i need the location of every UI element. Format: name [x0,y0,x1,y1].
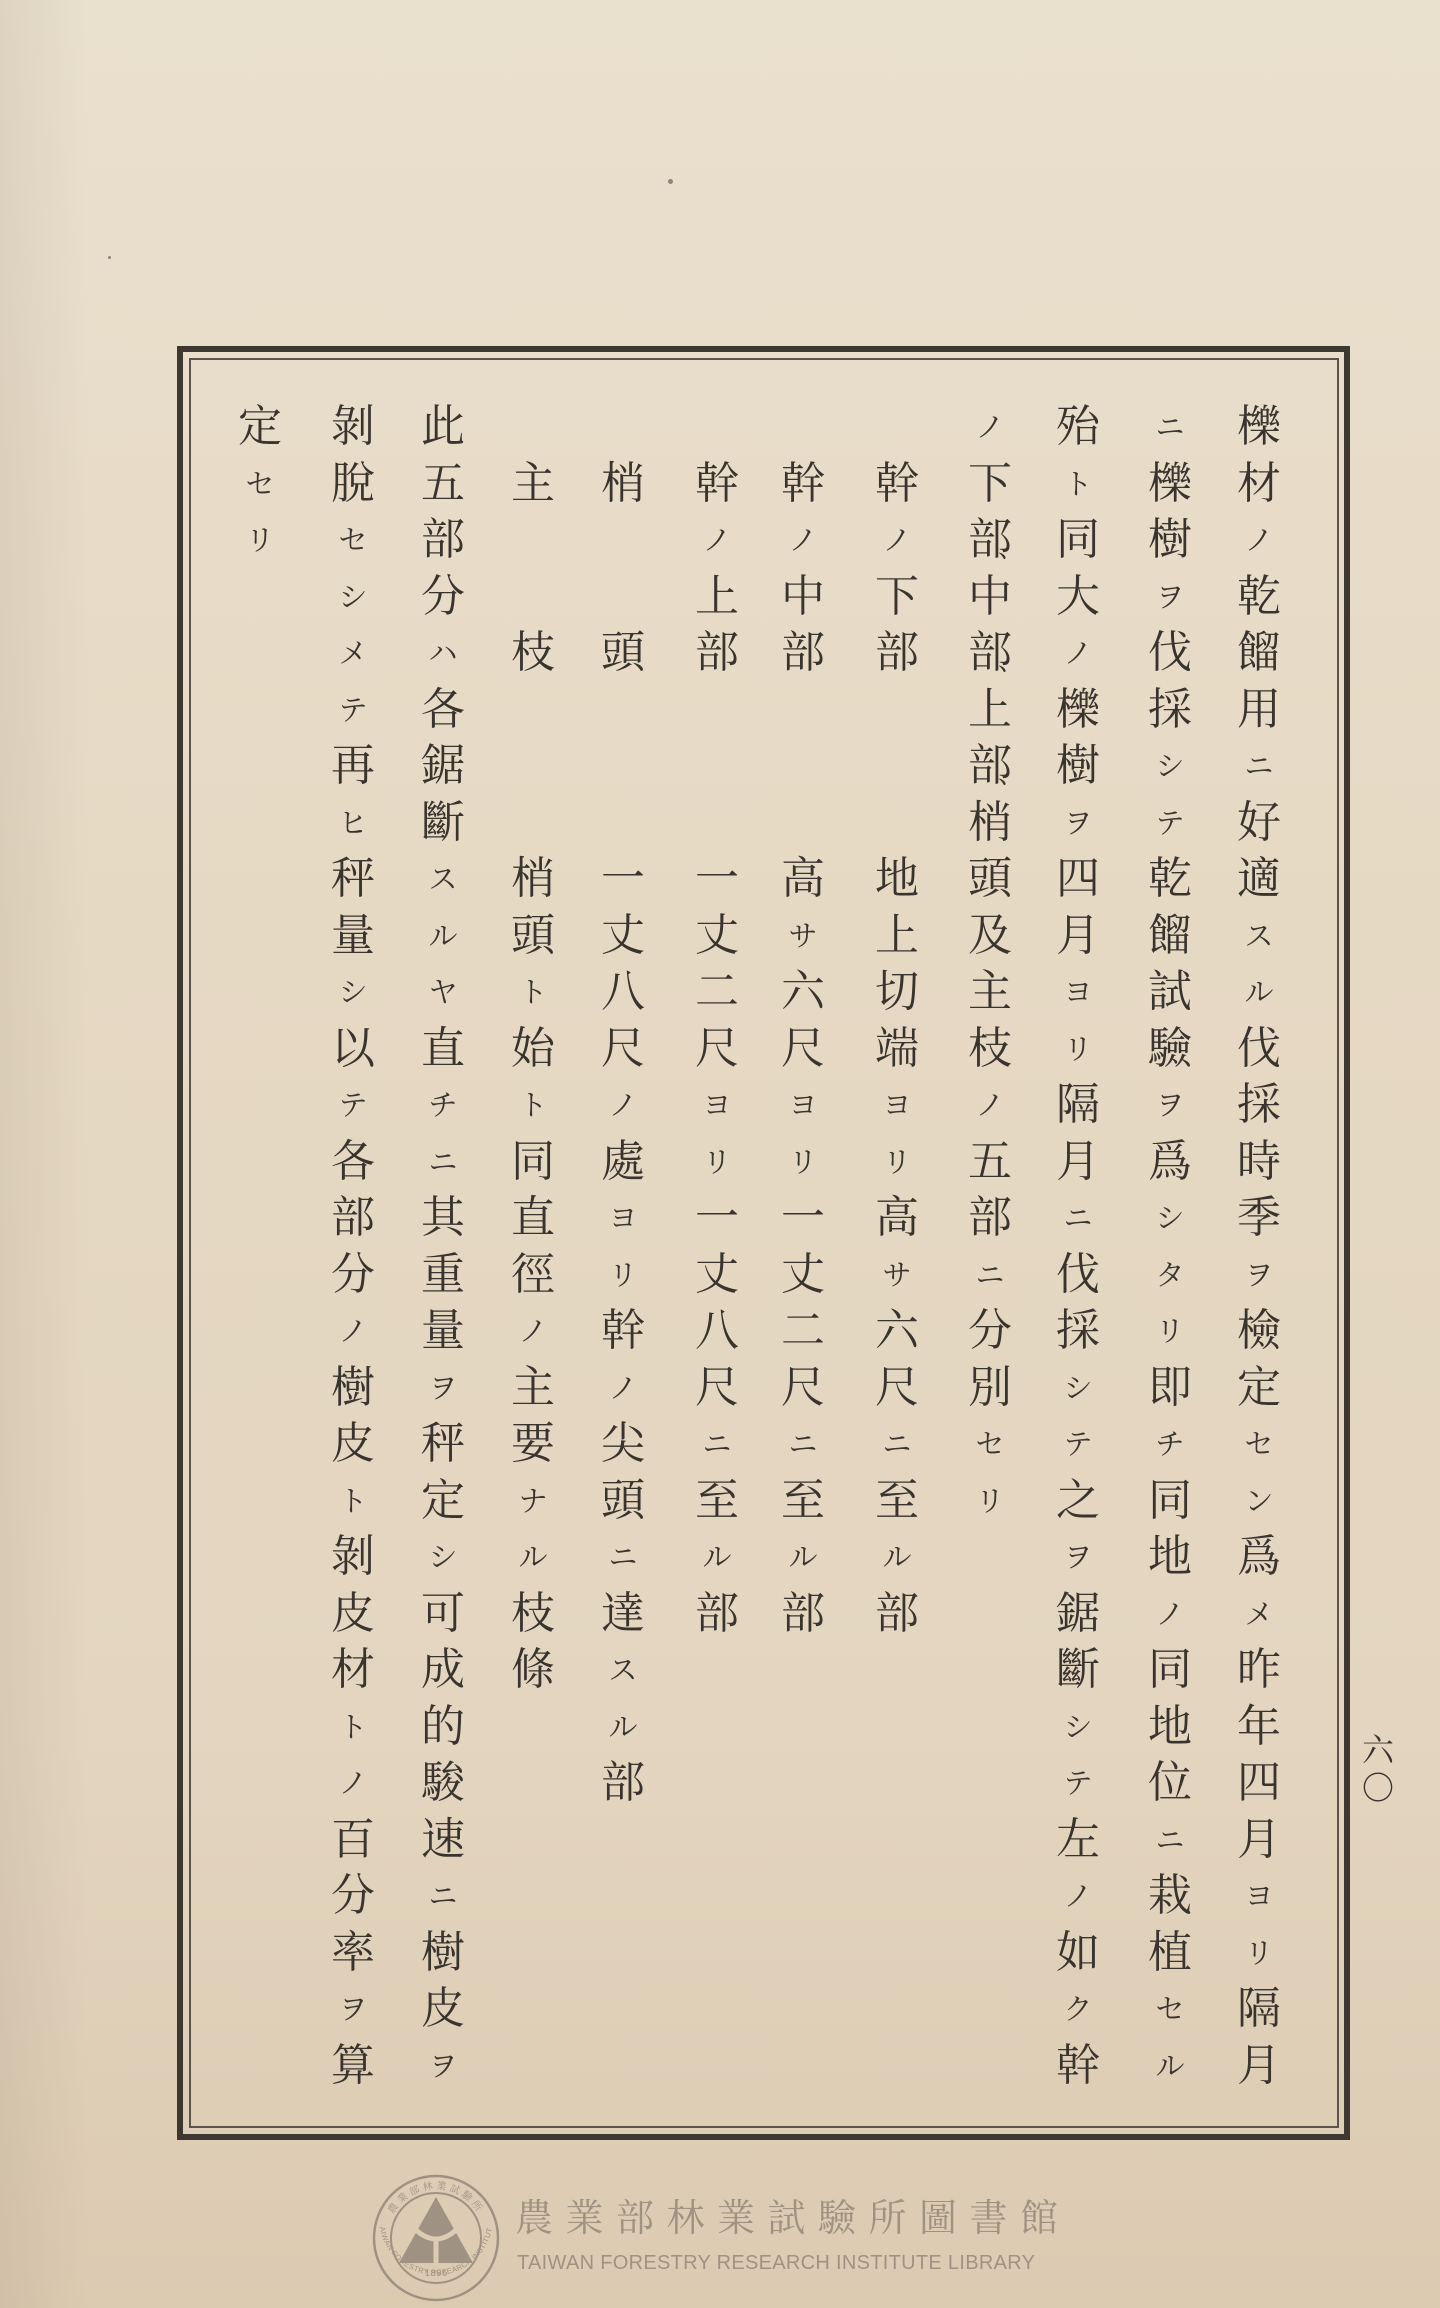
glyph: 至 [687,1473,747,1530]
glyph: 隔 [1048,1077,1108,1134]
glyph: 頭 [960,851,1020,908]
glyph: 地 [1140,1529,1200,1586]
glyph: ル [1140,2038,1200,2095]
row-description: 高サ六尺ヨリ一丈二尺ニ至ル部 [773,851,833,1642]
glyph: ナ [503,1473,563,1530]
glyph: 定 [1229,1360,1289,1417]
glyph: テ [1048,1416,1108,1473]
glyph: ル [593,1699,653,1756]
glyph: リ [687,1134,747,1191]
glyph: 可 [413,1586,473,1643]
glyph: 部 [867,1586,927,1643]
glyph: 皮 [323,1586,383,1643]
glyph: 同 [1048,512,1108,569]
glyph: 部 [867,625,927,682]
glyph: 部、 [960,738,1020,795]
glyph: 月 [1048,908,1108,965]
column-text: ノ下部、中部、上部、梢頭及主枝ノ五部ニ分別セリ [960,399,1020,1529]
glyph: ノ [1048,1868,1108,1925]
glyph: ル [867,1529,927,1586]
glyph: 乾 [1140,851,1200,908]
glyph: テ [323,682,383,739]
glyph: 的 [413,1699,473,1756]
glyph: 上 [867,908,927,965]
glyph: 直 [503,1190,563,1247]
comma-mark: 、 [998,762,1024,788]
glyph: ヲ [323,1981,383,2038]
glyph: 適 [1229,851,1289,908]
glyph: シ [323,964,383,1021]
glyph: シ [1048,1360,1108,1417]
glyph: ニ [413,1868,473,1925]
glyph: タ [1140,1247,1200,1304]
glyph: 鋸 [413,738,473,795]
glyph: 尺 [687,1021,747,1078]
glyph: 部 [593,1755,653,1812]
glyph: 昨 [1229,1642,1289,1699]
glyph: 伐 [1048,1247,1108,1304]
glyph: ト [1048,456,1108,513]
glyph: ル [687,1529,747,1586]
table-row-trunk-middle: 幹ノ中部 高サ六尺ヨリ一丈二尺ニ至ル部 [773,399,833,2119]
glyph [593,569,653,626]
glyph: サ [867,1247,927,1304]
glyph: チ [413,1077,473,1134]
glyph: シ [1140,1190,1200,1247]
glyph: 百 [323,1812,383,1869]
glyph: 別 [960,1360,1020,1417]
glyph: 部 [687,625,747,682]
glyph: ノ [593,1077,653,1134]
glyph: ニ [960,1247,1020,1304]
glyph: ニ [1140,1812,1200,1869]
glyph: 同 [1140,1642,1200,1699]
glyph: 丈 [773,1247,833,1304]
glyph: ノ [323,1755,383,1812]
glyph: 其 [413,1190,473,1247]
glyph: 部 [413,512,473,569]
glyph: リ [960,1473,1020,1530]
glyph: 一 [687,1190,747,1247]
glyph: リ [1140,1303,1200,1360]
glyph: 採 [1140,682,1200,739]
glyph: シ [323,569,383,626]
glyph: 採 [1048,1303,1108,1360]
library-name-en: TAIWAN FORESTRY RESEARCH INSTITUTE LIBRA… [517,2251,1035,2275]
library-name-zh: 農業部林業試驗所圖書館 [515,2196,1071,2240]
glyph: 上 [687,569,747,626]
glyph: セ [230,456,290,513]
glyph: 驗 [1140,1021,1200,1078]
glyph: ル [1229,964,1289,1021]
column-text: 殆ト同大ノ櫟樹ヲ四月ヨリ隔月ニ伐採シテ之ヲ鋸斷シテ左ノ如ク幹 [1048,399,1108,2094]
glyph: 始 [503,1021,563,1078]
glyph: 月 [1048,1134,1108,1191]
glyph: 梢 [503,851,563,908]
glyph: 尺 [773,1021,833,1078]
glyph: 以 [323,1021,383,1078]
institute-logo-icon: 農業部林業試驗所 TAIWAN FORESTRY RESEARCH INSTIT… [371,2173,501,2303]
glyph: 地 [867,851,927,908]
row-description: 一丈八尺ノ處ヨリ幹ノ尖頭ニ達スル部 [593,851,653,1812]
glyph: ン [1229,1473,1289,1530]
glyph: ノ [867,512,927,569]
glyph: 八 [687,1303,747,1360]
glyph: 頭 [503,908,563,965]
glyph: 上 [960,682,1020,739]
glyph: メ [323,625,383,682]
column-text: 定セリ [230,399,290,569]
glyph: ト [503,1077,563,1134]
glyph: 樹 [1048,738,1108,795]
glyph: 爲 [1140,1134,1200,1191]
glyph: ス [593,1642,653,1699]
glyph: シ [1140,738,1200,795]
glyph: 二 [687,964,747,1021]
glyph: 幹 [773,456,833,513]
glyph: 秤 [323,851,383,908]
glyph: 爲 [1229,1529,1289,1586]
column-text: 此五部分ハ各鋸斷スルヤ直チニ其重量ヲ秤定シ可成的駿速ニ樹皮ヲ [413,399,473,2094]
glyph: 定 [413,1473,473,1530]
glyph: ル [503,1529,563,1586]
glyph: 各 [323,1134,383,1191]
glyph: 伐 [1229,1021,1289,1078]
text-column-2: ニ櫟樹ヲ伐採シテ乾餾試驗ヲ爲シタリ即チ同地ノ同地位ニ栽植セル [1140,399,1200,2119]
text-column-1: 櫟材ノ乾餾用ニ好適スル伐採時季ヲ檢定セン爲メ昨年四月ヨリ隔月 [1229,399,1289,2119]
glyph: 栽 [1140,1868,1200,1925]
glyph: 幹 [867,456,927,513]
glyph [503,569,563,626]
glyph: 植 [1140,1925,1200,1982]
column-text: 櫟材ノ乾餾用ニ好適スル伐採時季ヲ檢定セン爲メ昨年四月ヨリ隔月 [1229,399,1289,2094]
glyph: 一 [593,851,653,908]
glyph: ス [413,851,473,908]
glyph: 切 [867,964,927,1021]
glyph: 尺 [687,1360,747,1417]
row-description: 地上切端ヨリ高サ六尺ニ至ル部 [867,851,927,1642]
page-number-text: 六〇 [1348,1731,1408,1807]
glyph: ニ [1229,738,1289,795]
glyph: 高 [867,1190,927,1247]
table-row-treetop: 梢 頭 一丈八尺ノ處ヨリ幹ノ尖頭ニ達スル部 [593,399,653,2119]
glyph: 伐 [1140,625,1200,682]
glyph: チ [1140,1416,1200,1473]
glyph: 斷 [413,795,473,852]
glyph [503,512,563,569]
glyph: 丈 [687,908,747,965]
glyph: 徑 [503,1247,563,1304]
glyph: 幹 [593,1303,653,1360]
glyph: リ [773,1134,833,1191]
glyph: 中 [773,569,833,626]
glyph: 枝 [960,1021,1020,1078]
glyph: ノ [960,1077,1020,1134]
glyph: テ [1140,795,1200,852]
glyph: 處 [593,1134,653,1191]
glyph: 部 [773,1586,833,1643]
column-text: 剝脫セシメテ再ヒ秤量シ以テ各部分ノ樹皮ト剝皮材トノ百分率ヲ算 [323,399,383,2094]
glyph: 分 [960,1303,1020,1360]
glyph: ノ [1048,625,1108,682]
glyph: 材 [323,1642,383,1699]
glyph: 端 [867,1021,927,1078]
glyph: 定 [230,399,290,456]
glyph: 六 [773,964,833,1021]
glyph: 重 [413,1247,473,1304]
glyph: 五 [960,1134,1020,1191]
glyph: 量 [413,1303,473,1360]
glyph: ノ [503,1303,563,1360]
glyph: 達 [593,1586,653,1643]
row-label: 梢 頭 [593,456,653,682]
table-row-main-branch: 主 枝 梢頭ト始ト同直徑ノ主要ナル枝條 [503,399,563,2119]
glyph: ク [1048,1981,1108,2038]
comma-mark: 、 [998,649,1024,675]
glyph: 乾 [1229,569,1289,626]
glyph: 剝 [323,1529,383,1586]
glyph: 季 [1229,1190,1289,1247]
glyph: 主 [503,1360,563,1417]
glyph: 算 [323,2038,383,2095]
glyph: 要 [503,1416,563,1473]
glyph: 大 [1048,569,1108,626]
glyph: 餾 [1229,625,1289,682]
glyph: 頭 [593,1473,653,1530]
glyph: 秤 [413,1416,473,1473]
glyph: ハ [413,625,473,682]
glyph: 位 [1140,1755,1200,1812]
glyph: 下 [867,569,927,626]
glyph: 樹 [1140,512,1200,569]
glyph: 檢 [1229,1303,1289,1360]
glyph: 部 [687,1586,747,1643]
glyph: 皮 [323,1416,383,1473]
glyph: 各 [413,682,473,739]
glyph: ニ [413,1134,473,1191]
row-description: 一丈二尺ヨリ一丈八尺ニ至ル部 [687,851,747,1642]
text-column-3: 殆ト同大ノ櫟樹ヲ四月ヨリ隔月ニ伐採シテ之ヲ鋸斷シテ左ノ如ク幹 [1048,399,1108,2119]
glyph: セ [323,512,383,569]
glyph: ニ [1048,1190,1108,1247]
glyph: 櫟 [1229,399,1289,456]
glyph: ノ [1229,512,1289,569]
glyph: 一 [687,851,747,908]
row-label: 幹ノ中部 [773,456,833,682]
glyph: 一 [773,1190,833,1247]
glyph: メ [1229,1586,1289,1643]
glyph: 剝 [323,399,383,456]
glyph: 樹 [413,1925,473,1982]
glyph: ヨ [773,1077,833,1134]
glyph: 〇 [1348,1769,1408,1807]
glyph: 量 [323,908,383,965]
paper-speck [668,179,673,184]
glyph: 好 [1229,795,1289,852]
glyph: 至 [773,1473,833,1530]
glyph: 分 [323,1868,383,1925]
glyph: ヲ [1140,1077,1200,1134]
glyph: ヨ [593,1190,653,1247]
glyph: ニ [593,1529,653,1586]
glyph: ト [323,1699,383,1756]
glyph: 尺 [867,1360,927,1417]
glyph: 部 [773,625,833,682]
glyph: 丈 [593,908,653,965]
glyph: 隔 [1229,1981,1289,2038]
glyph: 率 [323,1925,383,1982]
glyph: シ [1048,1699,1108,1756]
glyph: 下 [960,456,1020,513]
glyph: 櫟 [1048,682,1108,739]
glyph: 再 [323,738,383,795]
glyph: 櫟 [1140,456,1200,513]
glyph: 同 [1140,1473,1200,1530]
table-row-trunk-upper: 幹ノ上部 一丈二尺ヨリ一丈八尺ニ至ル部 [687,399,747,2119]
glyph: リ [1048,1021,1108,1078]
glyph: サ [773,908,833,965]
glyph: テ [323,1077,383,1134]
glyph: 駿 [413,1755,473,1812]
glyph: リ [1229,1925,1289,1982]
glyph: 二 [773,1303,833,1360]
glyph [593,512,653,569]
glyph: 幹 [1048,2038,1108,2095]
glyph: 速 [413,1812,473,1869]
glyph: 左 [1048,1812,1108,1869]
glyph: ヨ [687,1077,747,1134]
glyph: ニ [1140,399,1200,456]
glyph: 年 [1229,1699,1289,1756]
glyph: 尺 [593,1021,653,1078]
glyph: 時 [1229,1134,1289,1191]
table-row-trunk-lower: 幹ノ下部 地上切端ヨリ高サ六尺ニ至ル部 [867,399,927,2119]
glyph: ニ [867,1416,927,1473]
glyph: 殆 [1048,399,1108,456]
glyph: 地 [1140,1699,1200,1756]
glyph: 採 [1229,1077,1289,1134]
glyph: ヲ [1229,1247,1289,1304]
glyph: ニ [773,1416,833,1473]
glyph: 分 [413,569,473,626]
glyph: ノ [687,512,747,569]
row-label: 幹ノ上部 [687,456,747,682]
text-column-10: 此五部分ハ各鋸斷スルヤ直チニ其重量ヲ秤定シ可成的駿速ニ樹皮ヲ [413,399,473,2119]
glyph: 用 [1229,682,1289,739]
glyph: 脫 [323,456,383,513]
glyph: 枝 [503,1586,563,1643]
glyph: セ [1229,1416,1289,1473]
glyph: 餾 [1140,908,1200,965]
glyph: ノ [960,399,1020,456]
glyph: 中 [960,569,1020,626]
glyph: 部 [960,1190,1020,1247]
comma-mark: 、 [998,536,1024,562]
glyph: ニ [687,1416,747,1473]
glyph: ヲ [413,2038,473,2095]
glyph: テ [1048,1755,1108,1812]
glyph: ト [323,1473,383,1530]
glyph: 至 [867,1473,927,1530]
glyph: ノ [593,1360,653,1417]
glyph: 尖 [593,1416,653,1473]
glyph: 材 [1229,456,1289,513]
page-number: 六〇 [1348,1731,1408,1821]
glyph: シ [413,1529,473,1586]
glyph: 丈 [687,1247,747,1304]
glyph: 部、 [960,625,1020,682]
text-column-4: ノ下部、中部、上部、梢頭及主枝ノ五部ニ分別セリ [960,399,1020,2119]
glyph: 八 [593,964,653,1021]
glyph: 五 [413,456,473,513]
paper-speck [108,256,111,259]
glyph: ノ [323,1303,383,1360]
glyph: ヲ [1048,1529,1108,1586]
glyph: 幹 [687,456,747,513]
glyph: 皮 [413,1981,473,2038]
glyph: 部、 [960,512,1020,569]
glyph: セ [960,1416,1020,1473]
glyph: ノ [773,512,833,569]
glyph: 梢 [593,456,653,513]
glyph: 枝 [503,625,563,682]
glyph: ヲ [1048,795,1108,852]
glyph: 六 [867,1303,927,1360]
glyph: 部 [323,1190,383,1247]
glyph: 同 [503,1134,563,1191]
glyph: 直 [413,1021,473,1078]
row-description: 梢頭ト始ト同直徑ノ主要ナル枝條 [503,851,563,1699]
glyph: 四 [1048,851,1108,908]
glyph: 樹 [323,1360,383,1417]
glyph: ヤ [413,964,473,1021]
glyph: 主 [960,964,1020,1021]
glyph: ヨ [867,1077,927,1134]
glyph: 鋸 [1048,1586,1108,1643]
glyph: 四 [1229,1755,1289,1812]
glyph: 梢 [960,795,1020,852]
glyph: ヨ [1229,1868,1289,1925]
glyph: ル [773,1529,833,1586]
glyph: ヒ [323,795,383,852]
row-label: 主 枝 [503,456,563,682]
glyph: リ [230,512,290,569]
glyph: ル [413,908,473,965]
glyph: 條 [503,1642,563,1699]
glyph: ヨ [1048,964,1108,1021]
glyph: ヲ [413,1360,473,1417]
glyph: セ [1140,1981,1200,2038]
glyph: 及 [960,908,1020,965]
logo-year: 1896 [425,2269,448,2279]
glyph: 月 [1229,1812,1289,1869]
glyph: 即 [1140,1360,1200,1417]
glyph: 成 [413,1642,473,1699]
column-text: ニ櫟樹ヲ伐採シテ乾餾試驗ヲ爲シタリ即チ同地ノ同地位ニ栽植セル [1140,399,1200,2094]
glyph: ス [1229,908,1289,965]
glyph: 分 [323,1247,383,1304]
text-column-12: 定セリ [230,399,290,2119]
row-label: 幹ノ下部 [867,456,927,682]
glyph: 之 [1048,1473,1108,1530]
glyph: 此 [413,399,473,456]
glyph: ト [503,964,563,1021]
glyph: 尺 [773,1360,833,1417]
glyph: 高 [773,851,833,908]
glyph: ノ [1140,1586,1200,1643]
glyph: 試 [1140,964,1200,1021]
glyph: 月 [1229,2038,1289,2095]
